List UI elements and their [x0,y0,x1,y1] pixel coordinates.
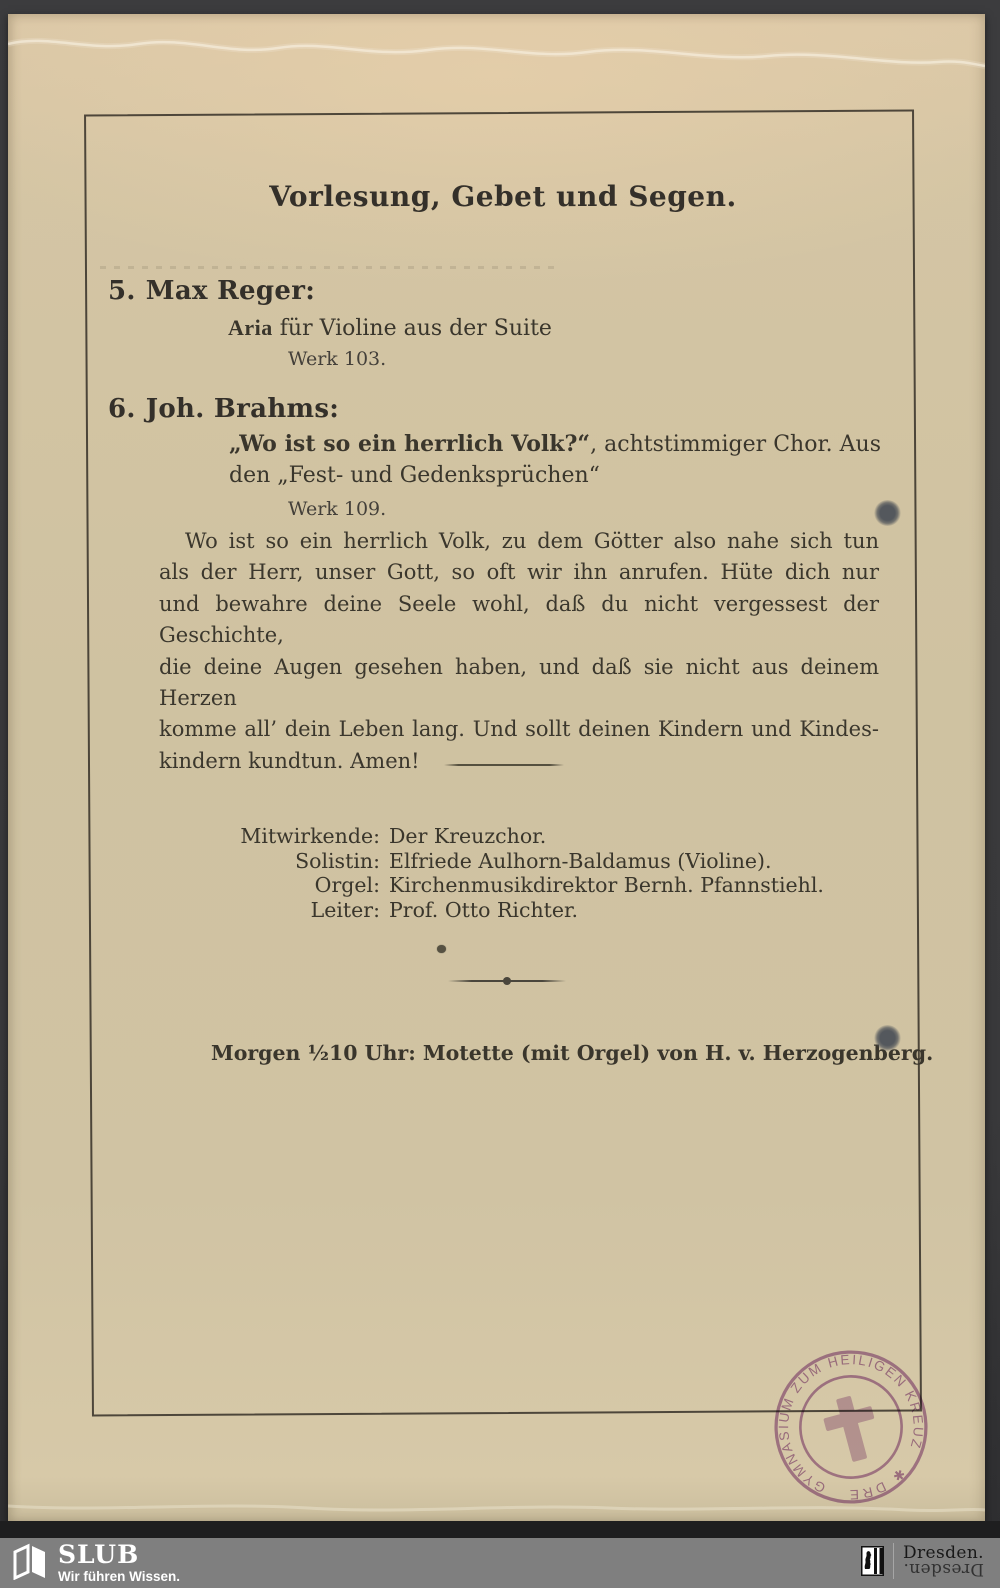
dresden-text-mirrored: Dresden. [903,1561,984,1576]
open-book-icon [12,1542,48,1580]
credits-list: Mitwirkende: Der Kreuzchor. Solistin: El… [226,824,824,922]
credit-value: Prof. Otto Richter. [389,898,824,923]
credit-label: Orgel: [226,873,380,898]
program-item-5-heading: 5.Max Reger: [108,276,315,306]
paragraph-line: die deine Augen gesehen haben, und daß s… [159,652,879,715]
work-quote-rest: , achtstimmiger Chor. Aus [590,432,881,457]
slub-tagline: Wir führen Wissen. [58,1569,180,1584]
footer-separator [893,1543,894,1579]
dresden-wordmark: Dresden. Dresden. [903,1546,984,1576]
scripture-paragraph: Wo ist so ein herrlich Volk, zu dem Gött… [159,526,879,777]
slub-brand-text: SLUB [58,1542,180,1567]
program-title: Vorlesung, Gebet und Segen. [88,180,918,213]
work-title-line-2: den „Fest- und Gedenksprüchen“ [229,463,600,488]
viewer-background: Vorlesung, Gebet und Segen. 5.Max Reger:… [0,0,1000,1588]
credit-label: Leiter: [226,898,380,923]
dresden-coat-of-arms-icon [861,1546,884,1576]
paragraph-line: komme all’ dein Leben lang. Und sollt de… [159,714,879,745]
divider-rule [444,764,564,766]
paragraph-line: Wo ist so ein herrlich Volk, zu dem Gött… [159,526,879,557]
slub-wordmark: SLUB Wir führen Wissen. [58,1542,180,1584]
slub-logo[interactable]: SLUB Wir führen Wissen. [12,1542,180,1584]
stamp-cross-icon [836,1396,867,1463]
item-number: 6. [108,394,136,424]
ornament-dot [503,977,511,985]
dresden-logo[interactable]: Dresden. Dresden. [861,1543,984,1579]
paragraph-line: kindern kundtun. Amen! [159,746,879,777]
work-quote: „Wo ist so ein herrlich Volk?“ [229,431,590,457]
composer-name: Max Reger: [146,276,315,306]
item-number: 5. [108,276,136,306]
work-title-line: „Wo ist so ein herrlich Volk?“, achtstim… [229,431,881,457]
composer-name: Joh. Brahms: [146,394,339,424]
moth-hole [874,500,901,526]
next-event-announcement: Morgen ½10 Uhr: Motette (mit Orgel) von … [211,1041,933,1065]
background-shadow-strip [0,1521,1000,1538]
credit-label: Mitwirkende: [226,824,380,849]
opus-number: Werk 103. [288,348,386,370]
work-title-line: Aria für Violine aus der Suite [228,315,552,341]
ink-spot [437,945,446,953]
credit-value: Der Kreuzchor. [389,824,824,849]
credit-value: Elfriede Aulhorn-Baldamus (Violine). [389,849,824,874]
torn-edge-top [8,20,985,90]
credit-label: Solistin: [226,849,380,874]
paper-smudge [100,266,560,269]
work-title-rest: für Violine aus der Suite [273,316,552,341]
opus-number: Werk 109. [288,498,386,520]
scanned-page[interactable]: Vorlesung, Gebet und Segen. 5.Max Reger:… [8,14,985,1522]
credit-value: Kirchenmusikdirektor Bernh. Pfannstiehl. [389,873,824,898]
work-title-lead: Aria [228,315,273,340]
ornament-divider [448,977,566,985]
paragraph-line: als der Herr, unser Gott, so oft wir ihn… [159,557,879,588]
paragraph-line: und bewahre deine Seele wohl, daß du nic… [159,589,879,652]
program-item-6-heading: 6.Joh. Brahms: [108,394,339,424]
moth-hole [874,1025,901,1051]
slub-footer-bar: SLUB Wir führen Wissen. Dresden. Dresden… [0,1538,1000,1588]
